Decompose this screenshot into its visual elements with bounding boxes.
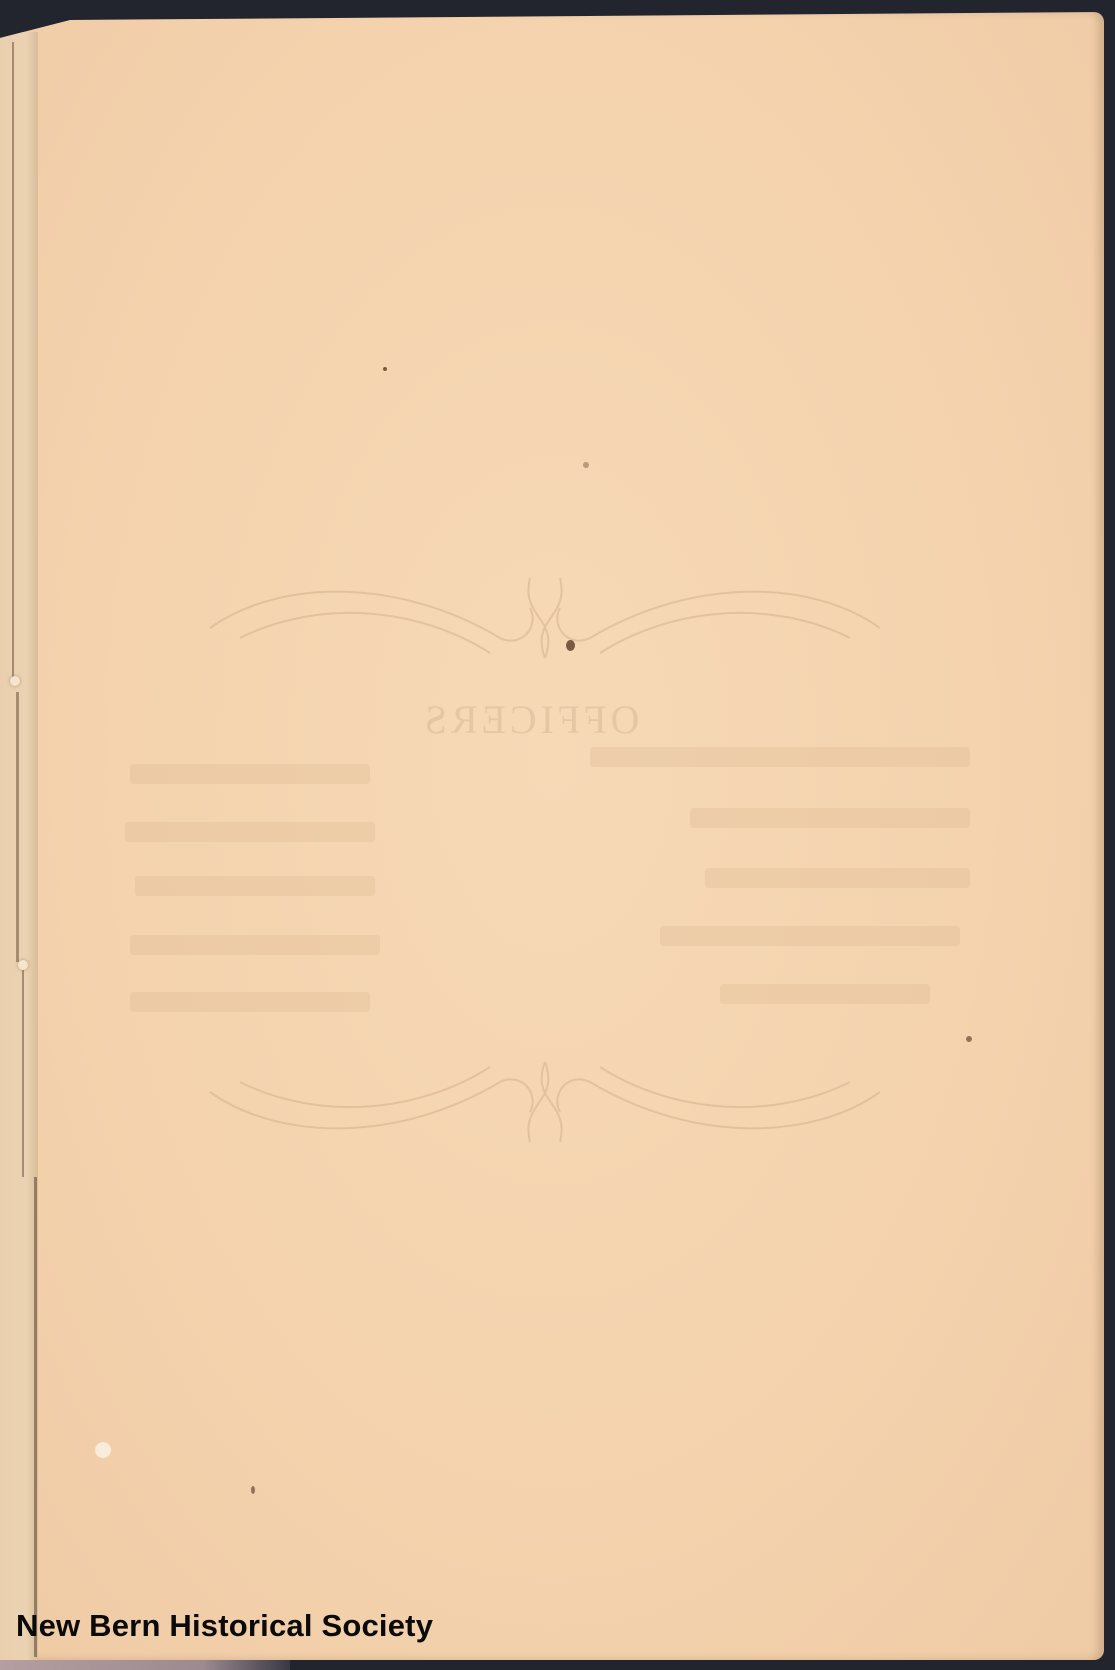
bleed-through-line [660, 926, 960, 946]
bleed-through-line [125, 822, 375, 842]
paper-spot [95, 1442, 111, 1458]
binding-crease [34, 1177, 37, 1657]
bleed-through-line [130, 992, 370, 1012]
top-flourish-ornament [200, 568, 890, 678]
bleed-through-line [135, 876, 375, 896]
bleed-through-line [130, 935, 380, 955]
binding-flap [0, 32, 38, 1670]
bleed-through-line [690, 808, 970, 828]
bleed-through-line [590, 747, 970, 767]
document-page: OFFICERS [0, 12, 1104, 1660]
binding-crease [12, 42, 14, 682]
bleed-through-line [705, 868, 970, 888]
bottom-flourish-ornament [200, 1042, 890, 1152]
staple-hole [18, 960, 28, 970]
bleed-through-content: OFFICERS [0, 12, 1104, 1670]
binding-crease [16, 692, 19, 962]
binding-crease [22, 967, 24, 1177]
paper-spot [583, 462, 589, 468]
paper-spot [383, 367, 387, 371]
paper-spot [566, 640, 575, 651]
staple-hole [10, 676, 20, 686]
paper-spot [966, 1036, 972, 1042]
paper-spot [251, 1486, 255, 1494]
bleed-through-heading: OFFICERS [385, 696, 675, 743]
watermark-text: New Bern Historical Society [16, 1608, 433, 1644]
bleed-through-line [130, 764, 370, 784]
bleed-through-line [720, 984, 930, 1004]
